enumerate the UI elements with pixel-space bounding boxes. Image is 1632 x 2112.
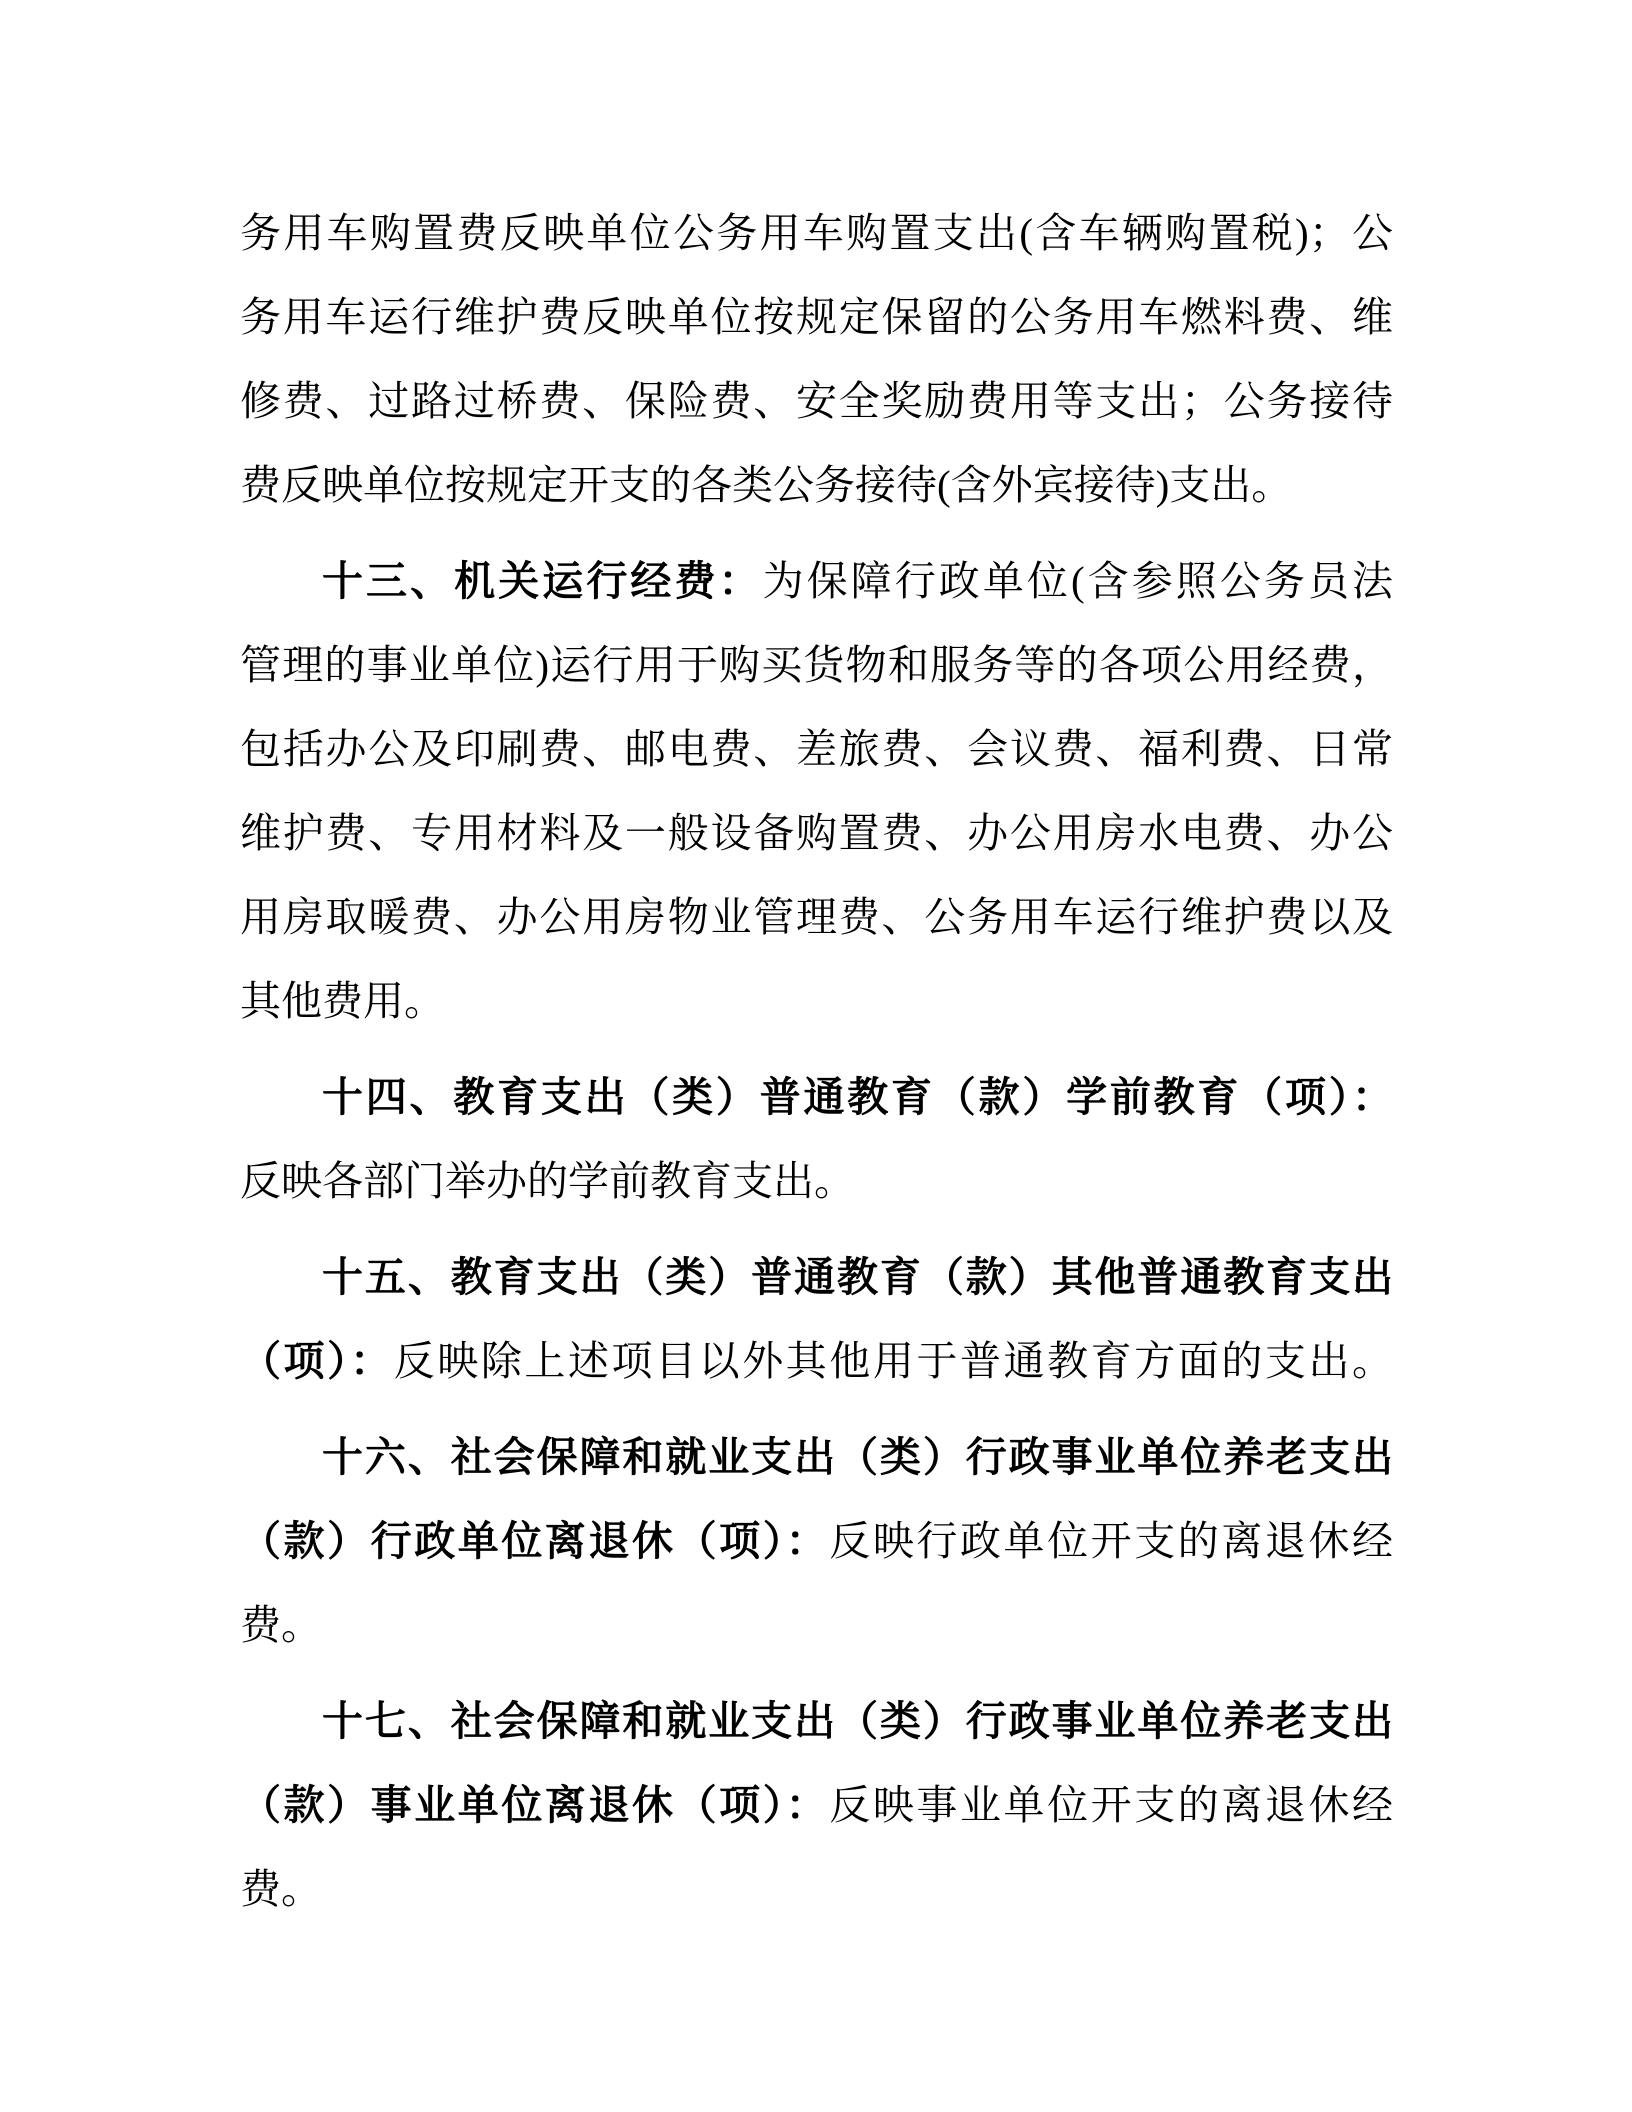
body-text-segment: 其他费用。 [240, 978, 445, 1024]
text-line: 包括办公及印刷费、邮电费、差旅费、会议费、福利费、日常 [240, 707, 1393, 791]
heading-text-segment: 十五、教育支出（类）普通教育（款）其他普通教育支出 [322, 1254, 1393, 1300]
heading-text-segment: 十七、社会保障和就业支出（类）行政事业单位养老支出 [322, 1698, 1393, 1744]
text-line: 修费、过路过桥费、保险费、安全奖励费用等支出；公务接待 [240, 359, 1393, 443]
body-text-segment: 务用车运行维护费反映单位按规定保留的公务用车燃料费、维 [240, 294, 1393, 340]
body-text-segment: 反映除上述项目以外其他用于普通教育方面的支出。 [394, 1338, 1393, 1384]
text-line: （款）行政单位离退休（项）：反映行政单位开支的离退休经 [240, 1499, 1393, 1583]
document-text-block: 务用车购置费反映单位公务用车购置支出(含车辆购置税)；公务用车运行维护费反映单位… [240, 191, 1393, 1931]
body-text-segment: 修费、过路过桥费、保险费、安全奖励费用等支出；公务接待 [240, 378, 1393, 424]
text-line: 反映各部门举办的学前教育支出。 [240, 1139, 1393, 1223]
para-15-qita-putong-jiaoyu: 十五、教育支出（类）普通教育（款）其他普通教育支出（项）：反映除上述项目以外其他… [240, 1235, 1393, 1403]
heading-text-segment: 十六、社会保障和就业支出（类）行政事业单位养老支出 [322, 1434, 1393, 1480]
para-17-shiye-danwei-lituixiu: 十七、社会保障和就业支出（类）行政事业单位养老支出（款）事业单位离退休（项）：反… [240, 1679, 1393, 1931]
text-line: 其他费用。 [240, 959, 1393, 1043]
text-line: 用房取暖费、办公用房物业管理费、公务用车运行维护费以及 [240, 875, 1393, 959]
body-text-segment: 费反映单位按规定开支的各类公务接待(含外宾接待)支出。 [240, 462, 1292, 508]
body-text-segment: 反映事业单位开支的离退休经 [829, 1782, 1393, 1828]
text-line: 十六、社会保障和就业支出（类）行政事业单位养老支出 [240, 1415, 1393, 1499]
heading-text-segment: （款）行政单位离退休（项）： [240, 1518, 829, 1564]
text-line: 十三、机关运行经费：为保障行政单位(含参照公务员法 [240, 539, 1393, 623]
text-line: （款）事业单位离退休（项）：反映事业单位开支的离退休经 [240, 1763, 1393, 1847]
text-line: 务用车运行维护费反映单位按规定保留的公务用车燃料费、维 [240, 275, 1393, 359]
text-line: 务用车购置费反映单位公务用车购置支出(含车辆购置税)；公 [240, 191, 1393, 275]
text-line: 费反映单位按规定开支的各类公务接待(含外宾接待)支出。 [240, 443, 1393, 527]
body-text-segment: 费。 [240, 1602, 322, 1648]
heading-text-segment: （项）： [240, 1338, 394, 1384]
body-text-segment: 务用车购置费反映单位公务用车购置支出(含车辆购置税)；公 [240, 210, 1393, 256]
para-14-xueqian-jiaoyu: 十四、教育支出（类）普通教育（款）学前教育（项）：反映各部门举办的学前教育支出。 [240, 1055, 1393, 1223]
body-text-segment: 反映行政单位开支的离退休经 [829, 1518, 1393, 1564]
text-line: 维护费、专用材料及一般设备购置费、办公用房水电费、办公 [240, 791, 1393, 875]
para-13-jiguan-yunxing-jingfei: 十三、机关运行经费：为保障行政单位(含参照公务员法管理的事业单位)运行用于购买货… [240, 539, 1393, 1043]
text-line: 费。 [240, 1583, 1393, 1667]
heading-text-segment: （款）事业单位离退休（项）： [240, 1782, 829, 1828]
para-continuation: 务用车购置费反映单位公务用车购置支出(含车辆购置税)；公务用车运行维护费反映单位… [240, 191, 1393, 527]
body-text-segment: 管理的事业单位)运行用于购买货物和服务等的各项公用经费， [240, 642, 1393, 688]
text-line: 费。 [240, 1847, 1393, 1931]
text-line: （项）：反映除上述项目以外其他用于普通教育方面的支出。 [240, 1319, 1393, 1403]
heading-text-segment: 十三、机关运行经费： [322, 558, 763, 604]
text-line: 管理的事业单位)运行用于购买货物和服务等的各项公用经费， [240, 623, 1393, 707]
body-text-segment: 包括办公及印刷费、邮电费、差旅费、会议费、福利费、日常 [240, 726, 1393, 772]
body-text-segment: 反映各部门举办的学前教育支出。 [240, 1158, 855, 1204]
body-text-segment: 维护费、专用材料及一般设备购置费、办公用房水电费、办公 [240, 810, 1393, 856]
para-16-xingzheng-danwei-lituixiu: 十六、社会保障和就业支出（类）行政事业单位养老支出（款）行政单位离退休（项）：反… [240, 1415, 1393, 1667]
body-text-segment: 为保障行政单位(含参照公务员法 [763, 558, 1393, 604]
document-page: 务用车购置费反映单位公务用车购置支出(含车辆购置税)；公务用车运行维护费反映单位… [0, 0, 1632, 2112]
text-line: 十四、教育支出（类）普通教育（款）学前教育（项）： [240, 1055, 1393, 1139]
body-text-segment: 用房取暖费、办公用房物业管理费、公务用车运行维护费以及 [240, 894, 1393, 940]
body-text-segment: 费。 [240, 1866, 322, 1912]
text-line: 十五、教育支出（类）普通教育（款）其他普通教育支出 [240, 1235, 1393, 1319]
text-line: 十七、社会保障和就业支出（类）行政事业单位养老支出 [240, 1679, 1393, 1763]
heading-text-segment: 十四、教育支出（类）普通教育（款）学前教育（项）： [322, 1074, 1393, 1120]
